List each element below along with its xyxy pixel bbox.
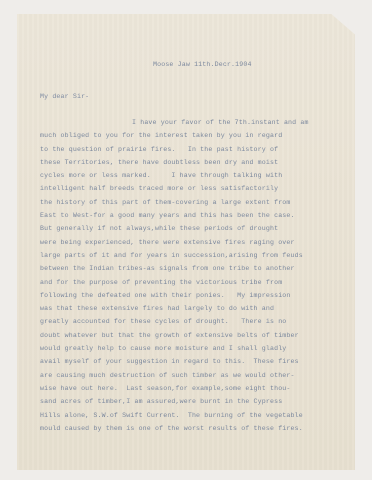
body-line: to the question of prairie fires. In the…	[40, 143, 309, 156]
body-line: intelligent half breeds traced more or l…	[40, 182, 309, 195]
body-line: the history of this part of them-coverin…	[40, 196, 309, 209]
body-line: was that these extensive fires had large…	[40, 302, 309, 315]
body-line: between the Indian tribes-as signals fro…	[40, 262, 309, 275]
body-line: I have your favor of the 7th.instant and…	[40, 116, 309, 129]
body-line: cycles more or less marked. I have throu…	[40, 169, 309, 182]
body-line: East to West-for a good many years and t…	[40, 209, 309, 222]
body-line: are causing much destruction of such tim…	[40, 369, 309, 382]
body-line: wise have out here. Last season,for exam…	[40, 382, 309, 395]
body-line: these Territories, there have doubtless …	[40, 156, 309, 169]
letter-page: Moose Jaw 11th.Decr.1904 My dear Sir- I …	[17, 14, 355, 470]
body-line: sand acres of timber,I am assured,were b…	[40, 395, 309, 408]
body-line: much obliged to you for the interest tak…	[40, 129, 309, 142]
body-line: following the defeated one with their po…	[40, 289, 309, 302]
body-line: Hills alone, S.W.of Swift Current. The b…	[40, 409, 309, 422]
body-line: mould caused by them is one of the worst…	[40, 422, 309, 435]
body-line: doubt whatever but that the growth of ex…	[40, 329, 309, 342]
letter-salutation: My dear Sir-	[40, 94, 89, 101]
letter-body: I have your favor of the 7th.instant and…	[40, 116, 309, 435]
body-line: greatly accounted for these cycles of dr…	[40, 315, 309, 328]
body-line: large parts of it and for years in succe…	[40, 249, 309, 262]
body-line: and for the purpose of preventing the vi…	[40, 276, 309, 289]
letter-dateline: Moose Jaw 11th.Decr.1904	[153, 62, 252, 69]
body-line: avail myself of your suggestion in regar…	[40, 355, 309, 368]
body-line: would greatly help to cause more moistur…	[40, 342, 309, 355]
body-line: were being experienced, there were exten…	[40, 236, 309, 249]
body-line: But generally if not always,while these …	[40, 222, 309, 235]
